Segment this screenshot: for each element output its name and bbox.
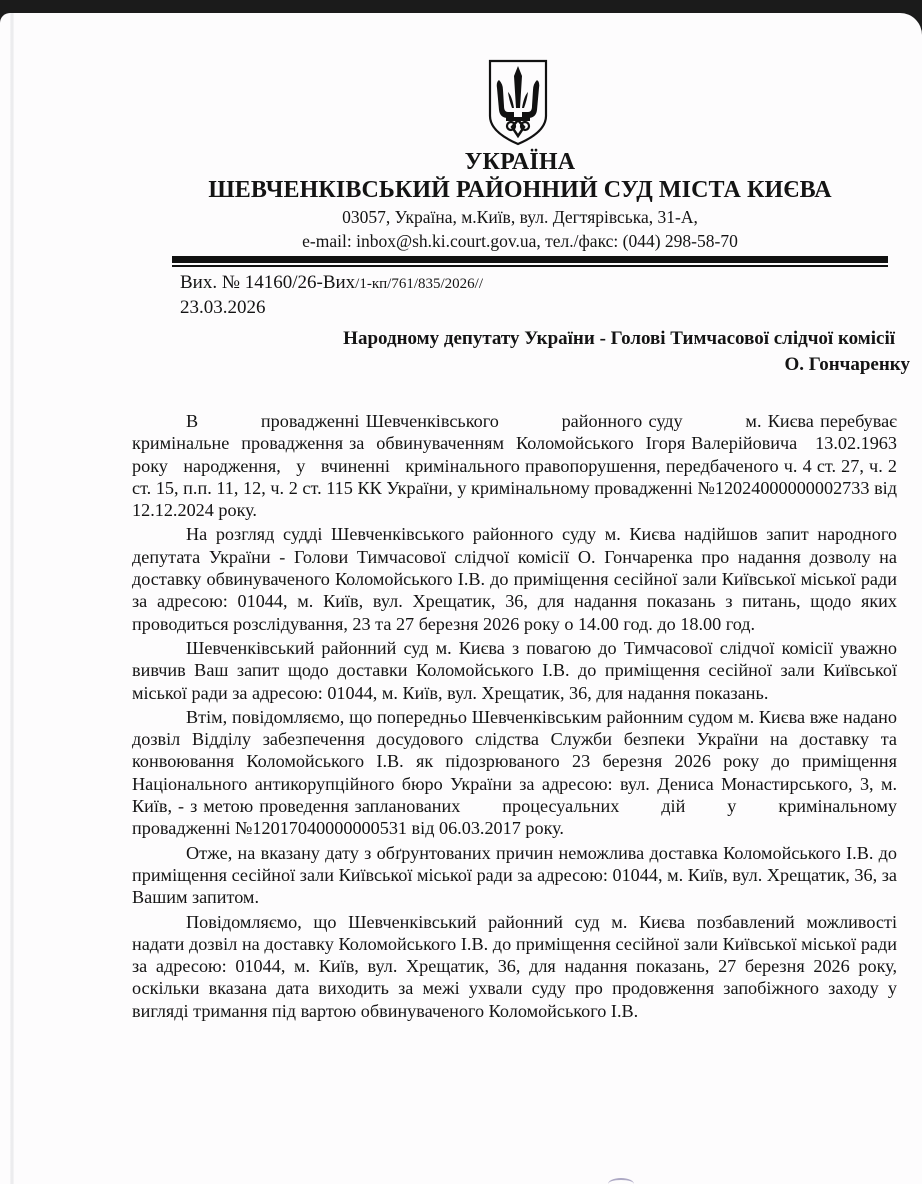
paragraph-request-received: На розгляд судді Шевченківського районно…: [132, 523, 897, 634]
paragraph-permission-denied: Повідомляємо, що Шевченківський районний…: [132, 911, 897, 1022]
letter-body: В провадженні Шевченківського районного …: [132, 410, 897, 1022]
outgoing-case-number: /1-кп/761/835/2026//: [355, 276, 483, 292]
addressee-title: Народному депутату України - Голові Тимч…: [170, 326, 895, 352]
signature-mark: [608, 1178, 634, 1184]
letterhead-divider-thin: [172, 265, 888, 267]
court-contacts: e-mail: inbox@sh.ki.court.gov.ua, тел./ф…: [170, 231, 870, 252]
paragraph-case-info: В провадженні Шевченківського районного …: [132, 410, 897, 521]
paragraph-prior-permission: Втім, повідомляємо, що попередньо Шевчен…: [132, 706, 897, 840]
paragraph-delivery-impossible: Отже, на вказану дату з обґрунтованих пр…: [132, 842, 897, 909]
paragraph-request-reviewed: Шевченківський районний суд м. Києва з п…: [132, 637, 897, 704]
country-heading: УКРАЇНА: [0, 149, 922, 176]
coat-of-arms-trident-icon: [487, 58, 549, 146]
outgoing-date: 23.03.2026: [180, 296, 266, 320]
court-name-heading: ШЕВЧЕНКІВСЬКИЙ РАЙОННИЙ СУД МІСТА КИЄВА: [170, 177, 870, 204]
court-address: 03057, Україна, м.Київ, вул. Дегтярівськ…: [170, 207, 870, 228]
addressee-name: О. Гончаренку: [170, 352, 910, 378]
outgoing-number: Вих. № 14160/26-Вих/1-кп/761/835/2026//: [180, 271, 483, 296]
letterhead-divider-thick: [172, 256, 888, 263]
page-fold-shadow: [10, 13, 14, 1184]
outgoing-number-prefix: Вих. № 14160/26-Вих: [180, 272, 355, 293]
document-page: УКРАЇНА ШЕВЧЕНКІВСЬКИЙ РАЙОННИЙ СУД МІСТ…: [0, 13, 922, 1184]
